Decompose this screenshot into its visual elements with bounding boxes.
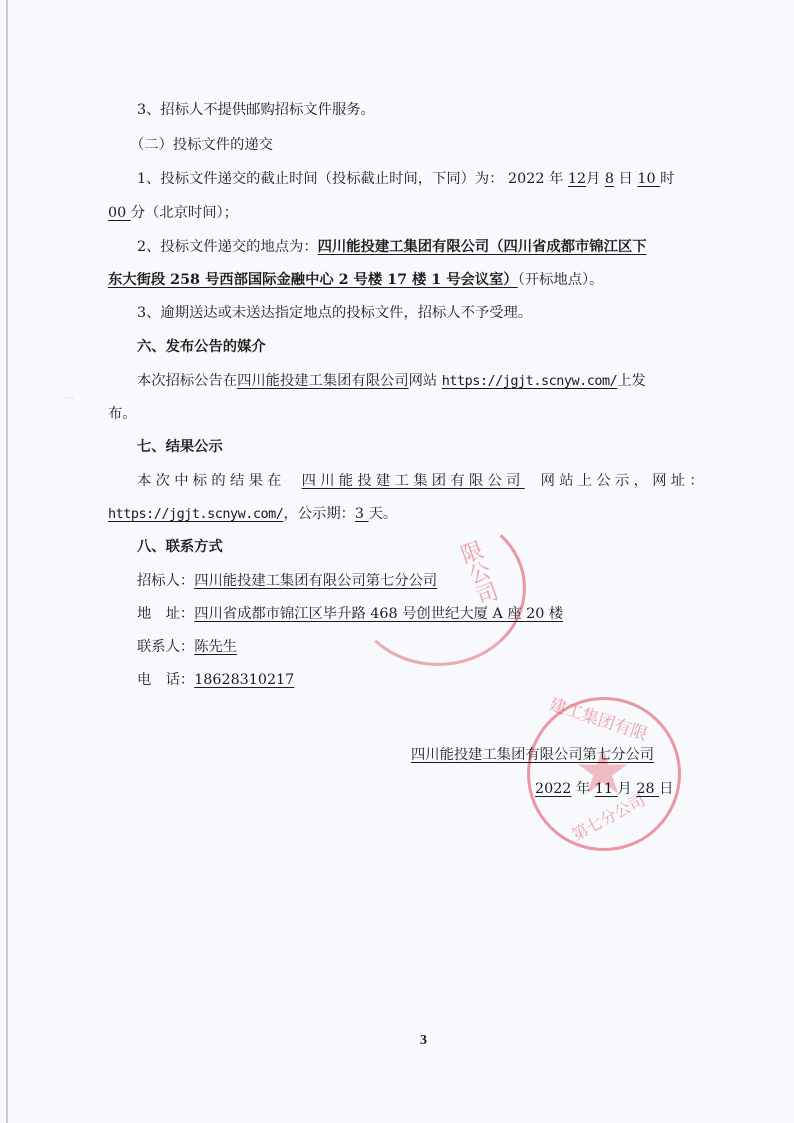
date-year: 2022	[535, 781, 571, 797]
media-mid: 网站	[409, 373, 442, 389]
tenderer-label: 招标人：	[137, 573, 194, 589]
phone-value: 18628310217	[194, 672, 294, 688]
tenderer-value: 四川能投建工集团有限公司第七分公司	[194, 573, 437, 589]
deadline-day: 8	[605, 171, 614, 187]
text-line-results-cont: https://jgjt.scnyw.com/，公示期：3 天。	[108, 504, 397, 524]
partial-seal-text: 限公司	[452, 537, 504, 610]
deadline-minute: 00	[108, 205, 131, 221]
text-line-media: 本次招标公告在四川能投建工集团有限公司网站 https://jgjt.scnyw…	[137, 371, 646, 391]
section-heading-media: 六、发布公告的媒介	[137, 337, 266, 357]
period-unit: 天。	[369, 506, 398, 522]
deadline-month: 12	[568, 171, 586, 187]
text-line-media-cont: 布。	[108, 404, 137, 424]
text-line: 3、逾期送达或未送达指定地点的投标文件，招标人不予受理。	[137, 303, 532, 323]
text-line-deadline: 1、投标文件递交的截止时间（投标截止时间，下同）为： 2022 年 12月 8 …	[137, 169, 674, 189]
day-unit: 日	[614, 171, 637, 187]
text-line-results: 本次中标的结果在四川能投建工集团有限公司网站上公示，网址：	[137, 471, 708, 491]
section-heading-contact: 八、联系方式	[137, 537, 223, 557]
seal-text-top: 建工集团有限	[547, 690, 652, 745]
year-unit: 年	[571, 781, 594, 797]
contact-person-value: 陈先生	[194, 639, 237, 655]
signature-date: 2022 年 11 月 28 日	[535, 779, 673, 799]
period-label: ，公示期：	[283, 506, 354, 522]
text-line: 3、招标人不提供邮购招标文件服务。	[137, 100, 375, 120]
page-edge-line	[6, 0, 8, 1123]
deadline-hour: 10	[637, 171, 660, 187]
company-link[interactable]: 四川能投建工集团有限公司	[302, 471, 525, 491]
minute-unit: 分（北京时间）；	[131, 205, 238, 221]
address-value: 四川省成都市锦江区毕升路 468 号创世纪大厦 A 座 20 楼	[194, 606, 563, 622]
results-url-link[interactable]: https://jgjt.scnyw.com/	[108, 506, 283, 522]
address-label: 地 址：	[137, 606, 194, 622]
results-prefix: 本次中标的结果在	[137, 471, 286, 491]
text-line-location: 2、投标文件递交的地点为：四川能投建工集团有限公司（四川省成都市锦江区下	[137, 237, 647, 257]
signature-company: 四川能投建工集团有限公司第七分公司	[411, 745, 654, 765]
signature-company-name: 四川能投建工集团有限公司第七分公司	[411, 747, 654, 763]
subheading-submission: （二）投标文件的递交	[130, 135, 273, 155]
results-suffix: 网站上公示，网址：	[541, 471, 708, 491]
contact-row-address: 地 址：四川省成都市锦江区毕升路 468 号创世纪大厦 A 座 20 楼	[137, 604, 563, 624]
contact-person-label: 联系人：	[137, 639, 194, 655]
date-month: 11	[595, 781, 618, 797]
media-prefix: 本次招标公告在	[137, 373, 237, 389]
day-unit: 日	[659, 781, 673, 797]
page-number: 3	[420, 1033, 427, 1049]
website-url-link[interactable]: https://jgjt.scnyw.com/	[442, 373, 617, 389]
margin-dots: ···	[64, 394, 75, 403]
contact-row-phone: 电 话：18628310217	[137, 670, 294, 690]
location-prefix: 2、投标文件递交的地点为：	[137, 239, 318, 255]
hour-unit: 时	[660, 171, 674, 187]
text-line-deadline-cont: 00 分（北京时间）；	[108, 203, 238, 223]
media-suffix: 上发	[617, 373, 646, 389]
company-seal-stamp	[527, 697, 681, 851]
date-day: 28	[636, 781, 659, 797]
location-value-cont: 东大街段 258 号西部国际金融中心 2 号楼 17 楼 1 号会议室）	[108, 272, 518, 288]
text-line-location-cont: 东大街段 258 号西部国际金融中心 2 号楼 17 楼 1 号会议室）（开标地…	[108, 270, 603, 290]
location-value: 四川能投建工集团有限公司（四川省成都市锦江区下	[318, 239, 647, 255]
month-unit: 月	[618, 781, 637, 797]
deadline-prefix: 1、投标文件递交的截止时间（投标截止时间，下同）为： 2022 年	[137, 171, 568, 187]
contact-row-tenderer: 招标人：四川能投建工集团有限公司第七分公司	[137, 571, 437, 591]
period-value: 3	[355, 506, 369, 522]
month-unit: 月	[586, 171, 605, 187]
company-link[interactable]: 四川能投建工集团有限公司	[237, 373, 409, 389]
phone-label: 电 话：	[137, 672, 194, 688]
contact-row-person: 联系人：陈先生	[137, 637, 237, 657]
section-heading-results: 七、结果公示	[137, 437, 223, 457]
location-suffix: （开标地点）。	[518, 272, 604, 288]
